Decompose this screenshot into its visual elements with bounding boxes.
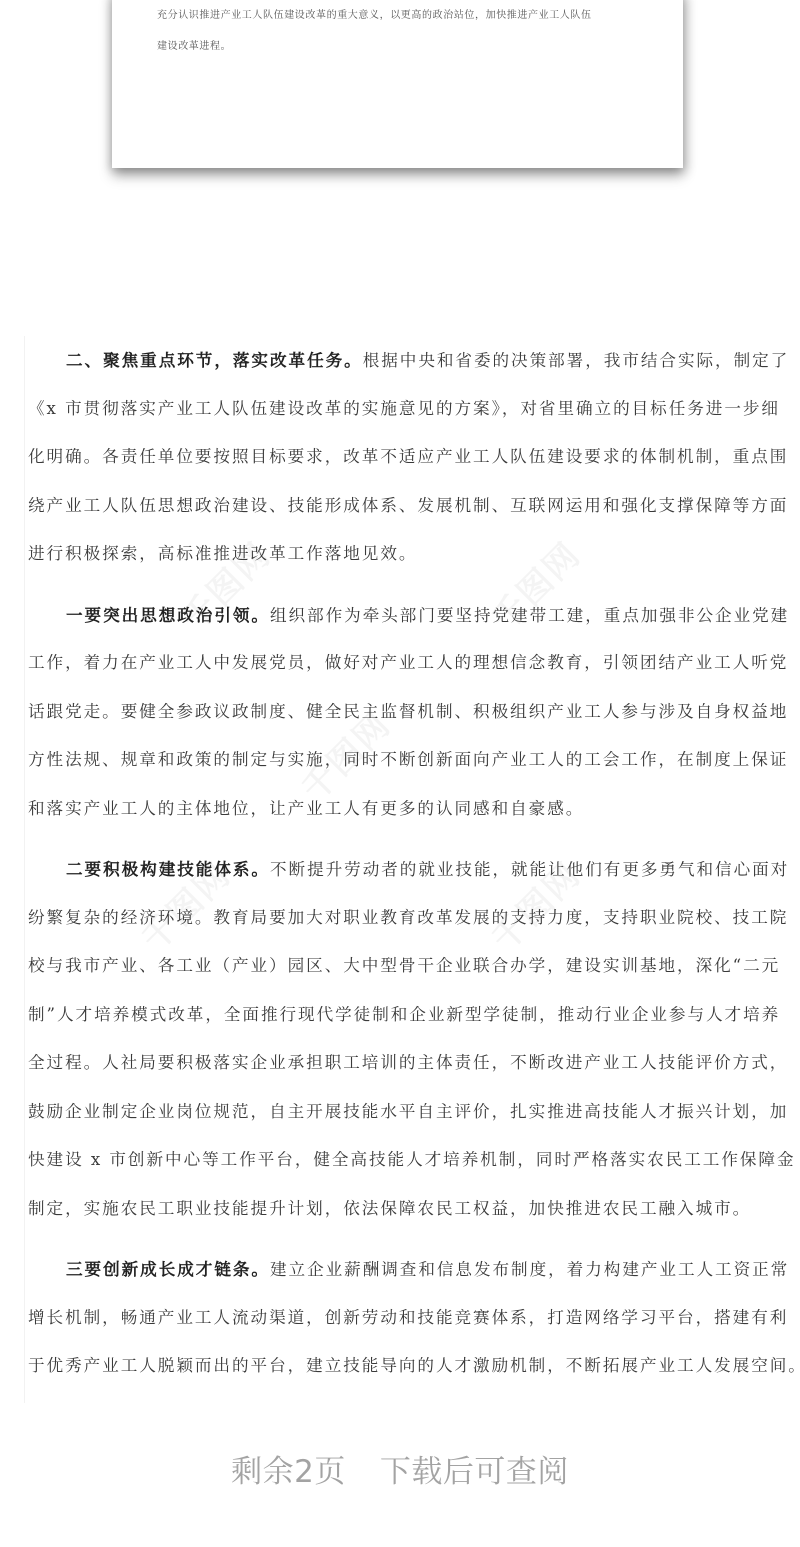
paragraph-line: 校与我市产业、各工业（产业）园区、大中型骨干企业联合办学，建设实训基地，深化“二… <box>28 942 776 991</box>
paragraph-focus-key-links: 二、聚焦重点环节，落实改革任务。根据中央和省委的决策部署，我市结合实际，制定了 … <box>25 336 776 579</box>
paragraph-line: 进行积极探索，高标准推进改革工作落地见效。 <box>28 530 776 579</box>
remaining-pages-prompt[interactable]: 剩余2页下载后可查阅 <box>0 1446 800 1491</box>
paragraph-heading: 一要突出思想政治引领。 <box>66 605 270 625</box>
previous-page-card: 充分认识推进产业工人队伍建设改革的重大意义，以更高的政治站位，加快推进产业工人队… <box>112 0 683 168</box>
paragraph-line: 一要突出思想政治引领。组织部作为牵头部门要坚持党建带工建，重点加强非公企业党建 <box>28 591 776 640</box>
paragraph-line: 全过程。人社局要积极落实企业承担职工培训的主体责任，不断改进产业工人技能评价方式… <box>28 1039 776 1088</box>
paragraph-line: 纷繁复杂的经济环境。教育局要加大对职业教育改革发展的支持力度，支持职业院校、技工… <box>28 894 776 943</box>
remaining-pages-count: 剩余2页 <box>231 1454 346 1490</box>
paragraph-heading: 二要积极构建技能体系。 <box>66 859 270 879</box>
paragraph-line: 话跟党走。要健全参政议政制度、健全民主监督机制、积极组织产业工人参与涉及自身权益… <box>28 688 776 737</box>
paragraph-line: 和落实产业工人的主体地位，让产业工人有更多的认同感和自豪感。 <box>28 785 776 834</box>
paragraph-line: 制”人才培养模式改革，全面推行现代学徒制和企业新型学徒制，推动行业企业参与人才培… <box>28 991 776 1040</box>
paragraph-line: 《x 市贯彻落实产业工人队伍建设改革的实施意见的方案》，对省里确立的目标任务进一… <box>28 385 776 434</box>
paragraph-line: 增长机制，畅通产业工人流动渠道，创新劳动和技能竞赛体系，打造网络学习平台，搭建有… <box>28 1294 776 1343</box>
paragraph-line: 三要创新成长成才链条。建立企业薪酬调查和信息发布制度，着力构建产业工人工资正常 <box>28 1245 776 1294</box>
paragraph-line: 鼓励企业制定企业岗位规范，自主开展技能水平自主评价，扎实推进高技能人才振兴计划，… <box>28 1088 776 1137</box>
paragraph-line: 绕产业工人队伍思想政治建设、技能形成体系、发展机制、互联网运用和强化支撑保障等方… <box>28 482 776 531</box>
paragraph-line: 制定，实施农民工职业技能提升计划，依法保障农民工权益，加快推进农民工融入城市。 <box>28 1185 776 1234</box>
download-hint: 下载后可查阅 <box>380 1454 569 1490</box>
paragraph-line: 化明确。各责任单位要按照目标要求，改革不适应产业工人队伍建设要求的体制机制，重点… <box>28 433 776 482</box>
paragraph-heading: 三要创新成长成才链条。 <box>66 1259 270 1279</box>
paragraph-heading: 二、聚焦重点环节，落实改革任务。 <box>66 350 363 370</box>
document-body: 二、聚焦重点环节，落实改革任务。根据中央和省委的决策部署，我市结合实际，制定了 … <box>24 336 776 1403</box>
paragraph-line: 二要积极构建技能体系。不断提升劳动者的就业技能，就能让他们有更多勇气和信心面对 <box>28 845 776 894</box>
paragraph-political-guidance: 一要突出思想政治引领。组织部作为牵头部门要坚持党建带工建，重点加强非公企业党建 … <box>25 591 776 834</box>
paragraph-line: 方性法规、规章和政策的制定与实施，同时不断创新面向产业工人的工会工作，在制度上保… <box>28 736 776 785</box>
paragraph-line: 工作，着力在产业工人中发展党员，做好对产业工人的理想信念教育，引领团结产业工人听… <box>28 639 776 688</box>
paragraph-line: 快建设 x 市创新中心等工作平台，健全高技能人才培养机制，同时严格落实农民工工作… <box>28 1136 776 1185</box>
paragraph-skills-system: 二要积极构建技能体系。不断提升劳动者的就业技能，就能让他们有更多勇气和信心面对 … <box>25 845 776 1233</box>
paragraph-line: 于优秀产业工人脱颖而出的平台，建立技能导向的人才激励机制，不断拓展产业工人发展空… <box>28 1342 776 1391</box>
previous-page-line: 建设改革进程。 <box>157 37 231 52</box>
paragraph-line: 二、聚焦重点环节，落实改革任务。根据中央和省委的决策部署，我市结合实际，制定了 <box>28 336 776 385</box>
previous-page-line: 充分认识推进产业工人队伍建设改革的重大意义，以更高的政治站位，加快推进产业工人队… <box>157 6 592 21</box>
paragraph-growth-chain: 三要创新成长成才链条。建立企业薪酬调查和信息发布制度，着力构建产业工人工资正常 … <box>25 1245 776 1391</box>
